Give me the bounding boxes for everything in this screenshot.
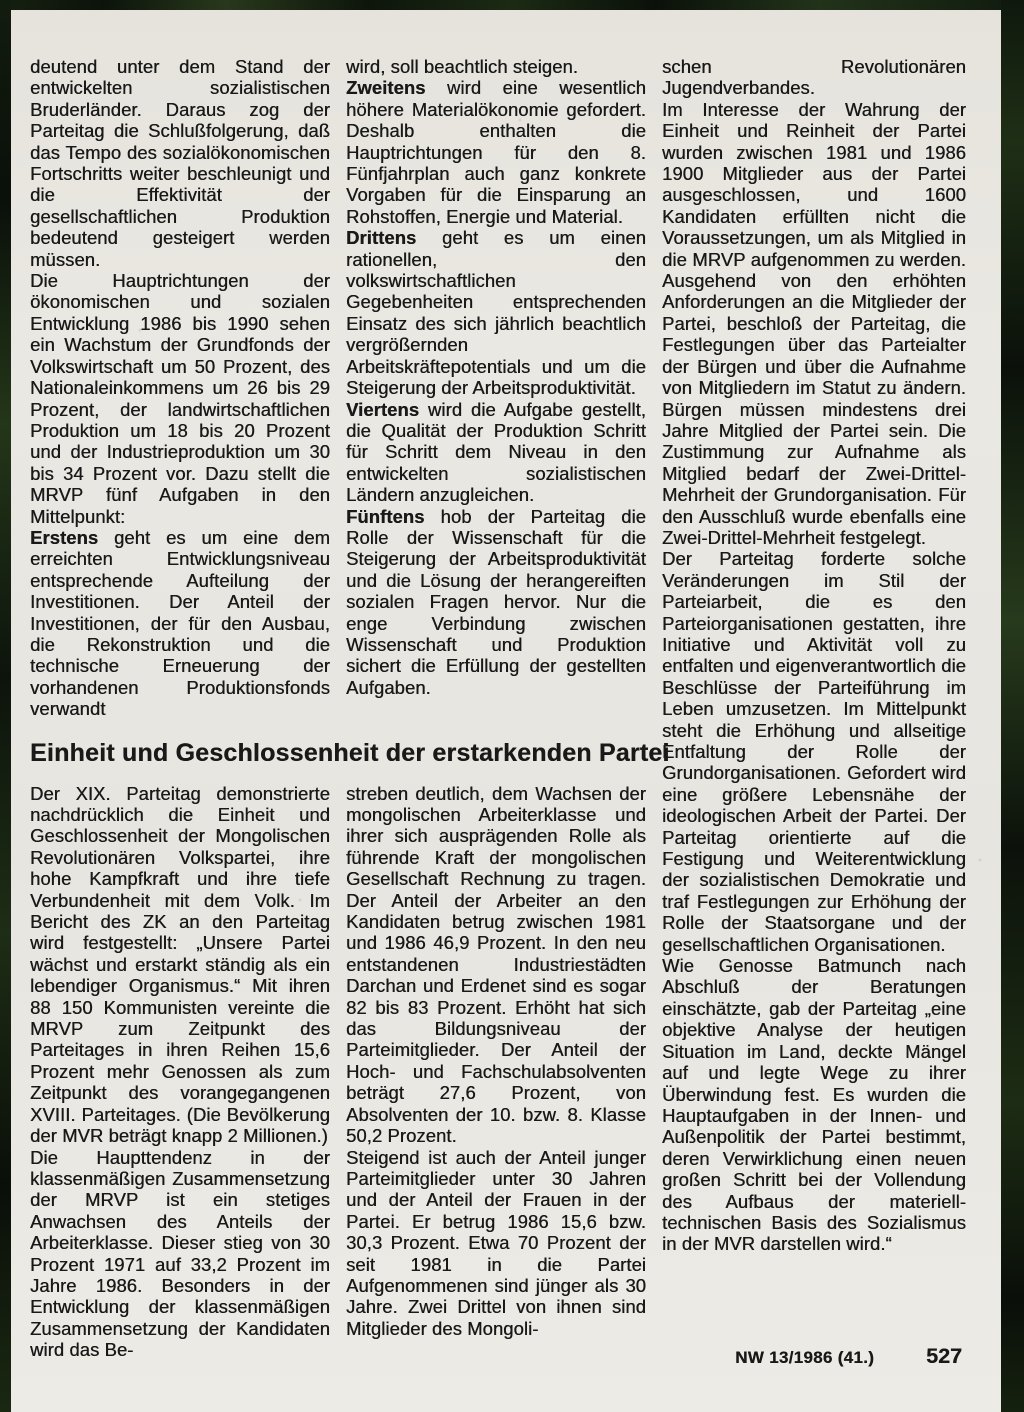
lead-word: Zweitens — [346, 77, 426, 98]
paragraph: deutend unter dem Stand der entwickelten… — [30, 56, 330, 270]
scan-edge-top — [0, 0, 1024, 10]
paragraph: Viertens wird die Aufgabe gestellt, die … — [346, 399, 646, 506]
bottom-section: Der XIX. Parteitag demonstrierte nachdrü… — [30, 783, 646, 1361]
paragraph: Zweitens wird eine wesentlich höhere Mat… — [346, 77, 646, 227]
paragraph: Fünftens hob der Parteitag die Rolle der… — [346, 506, 646, 699]
scan-edge-left — [0, 0, 11, 1412]
paragraph: schen Revolutionären Jugendverbandes. — [662, 56, 966, 99]
lead-word: Drittens — [346, 227, 416, 248]
column-3: schen Revolutionären Jugendverbandes. Im… — [662, 56, 966, 1361]
paragraph: Erstens geht es um eine dem erreichten E… — [30, 527, 330, 720]
page-content: deutend unter dem Stand der entwickelten… — [30, 56, 966, 1361]
page-footer: NW 13/1986 (41.) 527 — [0, 1344, 1024, 1369]
paragraph: Der XIX. Parteitag demonstrierte nachdrü… — [30, 783, 330, 1147]
lead-word: Erstens — [30, 527, 98, 548]
scan-edge-right — [1001, 0, 1024, 1412]
paragraph: Drittens geht es um einen rationellen, d… — [346, 227, 646, 398]
lead-word: Viertens — [346, 399, 419, 420]
paragraph: Die Hauptrichtungen der ökonomischen und… — [30, 270, 330, 527]
paragraph: wird, soll beachtlich steigen. — [346, 56, 646, 77]
paragraph: Die Haupttendenz in der klassenmäßigen Z… — [30, 1147, 330, 1361]
paragraph: Der Parteitag forderte solche Veränderun… — [662, 548, 966, 955]
column-1-top: deutend unter dem Stand der entwickelten… — [30, 56, 330, 720]
paragraph: Im Interesse der Wahrung der Einheit und… — [662, 99, 966, 549]
column-2-top: wird, soll beachtlich steigen. Zweitens … — [346, 56, 646, 720]
paragraph: Steigend ist auch der Anteil junger Part… — [346, 1147, 646, 1340]
page-number: 527 — [926, 1344, 962, 1369]
column-2-bottom: streben deutlich, dem Wachsen der mongol… — [346, 783, 646, 1361]
paragraph: Wie Genosse Batmunch nach Abschluß der B… — [662, 955, 966, 1255]
paragraph: streben deutlich, dem Wachsen der mongol… — [346, 783, 646, 1147]
lead-word: Fünftens — [346, 506, 424, 527]
scanned-journal-page: { "colors": { "paper": "#e8e6e0", "ink":… — [0, 0, 1024, 1412]
column-1-bottom: Der XIX. Parteitag demonstrierte nachdrü… — [30, 783, 330, 1361]
top-section: deutend unter dem Stand der entwickelten… — [30, 56, 646, 720]
journal-reference: NW 13/1986 (41.) — [735, 1348, 874, 1368]
section-heading: Einheit und Geschlossenheit der erstarke… — [30, 739, 646, 768]
left-region: deutend unter dem Stand der entwickelten… — [30, 56, 646, 1361]
